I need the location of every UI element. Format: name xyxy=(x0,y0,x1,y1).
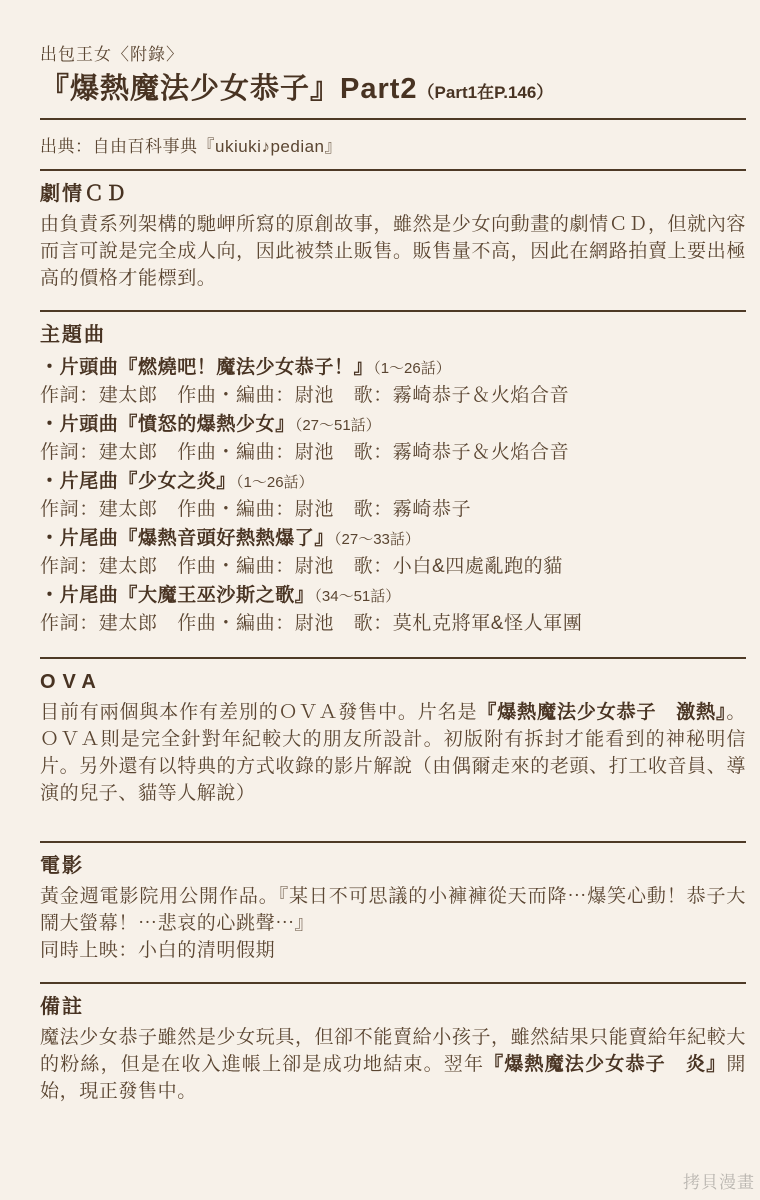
page-title-main: 『爆熱魔法少女恭子』Part2 xyxy=(40,73,418,105)
song-credits: 作詞：建太郎 作曲・編曲：尉池 歌：霧崎恭子＆火焰合音 xyxy=(40,382,746,409)
manga-appendix-page: 出包王女〈附錄〉 『爆熱魔法少女恭子』Part2（Part1在P.146） 出典… xyxy=(0,0,760,1200)
movie-simultaneous-line: 同時上映：小白的清明假期 xyxy=(40,937,746,964)
song-episodes: （1～26話） xyxy=(236,474,314,491)
song-title-line: ・片尾曲『大魔王巫沙斯之歌』（34～51話） xyxy=(40,582,746,610)
song-credits: 作詞：建太郎 作曲・編曲：尉池 歌：莫札克將軍&怪人軍團 xyxy=(40,610,746,637)
song-title: ・片頭曲『燃燒吧！魔法少女恭子！』 xyxy=(40,357,373,378)
song-entry: ・片尾曲『少女之炎』（1～26話） 作詞：建太郎 作曲・編曲：尉池 歌：霧崎恭子 xyxy=(40,468,746,523)
source-line: 出典：自由百科事典『ukiuki♪pedian』 xyxy=(40,120,746,169)
page-title: 『爆熱魔法少女恭子』Part2（Part1在P.146） xyxy=(40,72,746,110)
song-entry: ・片尾曲『大魔王巫沙斯之歌』（34～51話） 作詞：建太郎 作曲・編曲：尉池 歌… xyxy=(40,582,746,637)
song-title: ・片尾曲『少女之炎』 xyxy=(40,471,236,492)
page-title-note: （Part1在P.146） xyxy=(418,83,554,102)
notes-heading: 備註 xyxy=(40,996,746,1018)
song-episodes: （27～51話） xyxy=(295,417,381,434)
theme-songs-list: ・片頭曲『燃燒吧！魔法少女恭子！』（1～26話） 作詞：建太郎 作曲・編曲：尉池… xyxy=(40,354,746,637)
notes-body: 魔法少女恭子雖然是少女玩具，但卻不能賣給小孩子，雖然結果只能賣給年紀較大的粉絲，… xyxy=(40,1024,746,1105)
drama-cd-heading: 劇情ＣＤ xyxy=(40,183,746,205)
song-title-line: ・片尾曲『爆熱音頭好熱熱爆了』（27～33話） xyxy=(40,525,746,553)
song-title: ・片尾曲『大魔王巫沙斯之歌』 xyxy=(40,585,314,606)
scanlation-watermark: 拷貝漫畫 xyxy=(683,1168,755,1193)
movie-heading: 電影 xyxy=(40,855,746,877)
song-title: ・片尾曲『爆熱音頭好熱熱爆了』 xyxy=(40,528,334,549)
song-credits: 作詞：建太郎 作曲・編曲：尉池 歌：小白&四處亂跑的貓 xyxy=(40,553,746,580)
section-notes: 備註 魔法少女恭子雖然是少女玩具，但卻不能賣給小孩子，雖然結果只能賣給年紀較大的… xyxy=(40,984,746,1123)
song-title-line: ・片頭曲『燃燒吧！魔法少女恭子！』（1～26話） xyxy=(40,354,746,382)
song-entry: ・片尾曲『爆熱音頭好熱熱爆了』（27～33話） 作詞：建太郎 作曲・編曲：尉池 … xyxy=(40,525,746,580)
song-credits: 作詞：建太郎 作曲・編曲：尉池 歌：霧崎恭子 xyxy=(40,496,746,523)
song-title: ・片頭曲『憤怒的爆熱少女』 xyxy=(40,414,295,435)
section-ova: OVA 目前有兩個與本作有差別的ＯＶＡ發售中。片名是『爆熱魔法少女恭子 激熱』。… xyxy=(40,659,746,841)
drama-cd-body: 由負責系列架構的馳岬所寫的原創故事，雖然是少女向動畫的劇情ＣＤ，但就內容而言可說… xyxy=(40,211,746,292)
movie-body: 黃金週電影院用公開作品。『某日不可思議的小褲褲從天而降⋯爆笑心動！恭子大鬧大螢幕… xyxy=(40,883,746,937)
song-entry: ・片頭曲『憤怒的爆熱少女』（27～51話） 作詞：建太郎 作曲・編曲：尉池 歌：… xyxy=(40,411,746,466)
song-episodes: （27～33話） xyxy=(334,531,420,548)
song-episodes: （34～51話） xyxy=(314,588,400,605)
song-title-line: ・片頭曲『憤怒的爆熱少女』（27～51話） xyxy=(40,411,746,439)
ova-body: 目前有兩個與本作有差別的ＯＶＡ發售中。片名是『爆熱魔法少女恭子 激熱』。ＯＶＡ則… xyxy=(40,699,746,807)
section-theme-songs: 主題曲 ・片頭曲『燃燒吧！魔法少女恭子！』（1～26話） 作詞：建太郎 作曲・編… xyxy=(40,312,746,657)
song-title-line: ・片尾曲『少女之炎』（1～26話） xyxy=(40,468,746,496)
page-header: 出包王女〈附錄〉 『爆熱魔法少女恭子』Part2（Part1在P.146） xyxy=(40,40,746,110)
song-episodes: （1～26話） xyxy=(373,360,451,377)
section-drama-cd: 劇情ＣＤ 由負責系列架構的馳岬所寫的原創故事，雖然是少女向動畫的劇情ＣＤ，但就內… xyxy=(40,171,746,310)
ova-heading: OVA xyxy=(40,671,746,693)
song-credits: 作詞：建太郎 作曲・編曲：尉池 歌：霧崎恭子＆火焰合音 xyxy=(40,439,746,466)
section-movie: 電影 黃金週電影院用公開作品。『某日不可思議的小褲褲從天而降⋯爆笑心動！恭子大鬧… xyxy=(40,843,746,982)
series-label: 出包王女〈附錄〉 xyxy=(40,40,746,65)
song-entry: ・片頭曲『燃燒吧！魔法少女恭子！』（1～26話） 作詞：建太郎 作曲・編曲：尉池… xyxy=(40,354,746,409)
theme-songs-heading: 主題曲 xyxy=(40,324,746,346)
